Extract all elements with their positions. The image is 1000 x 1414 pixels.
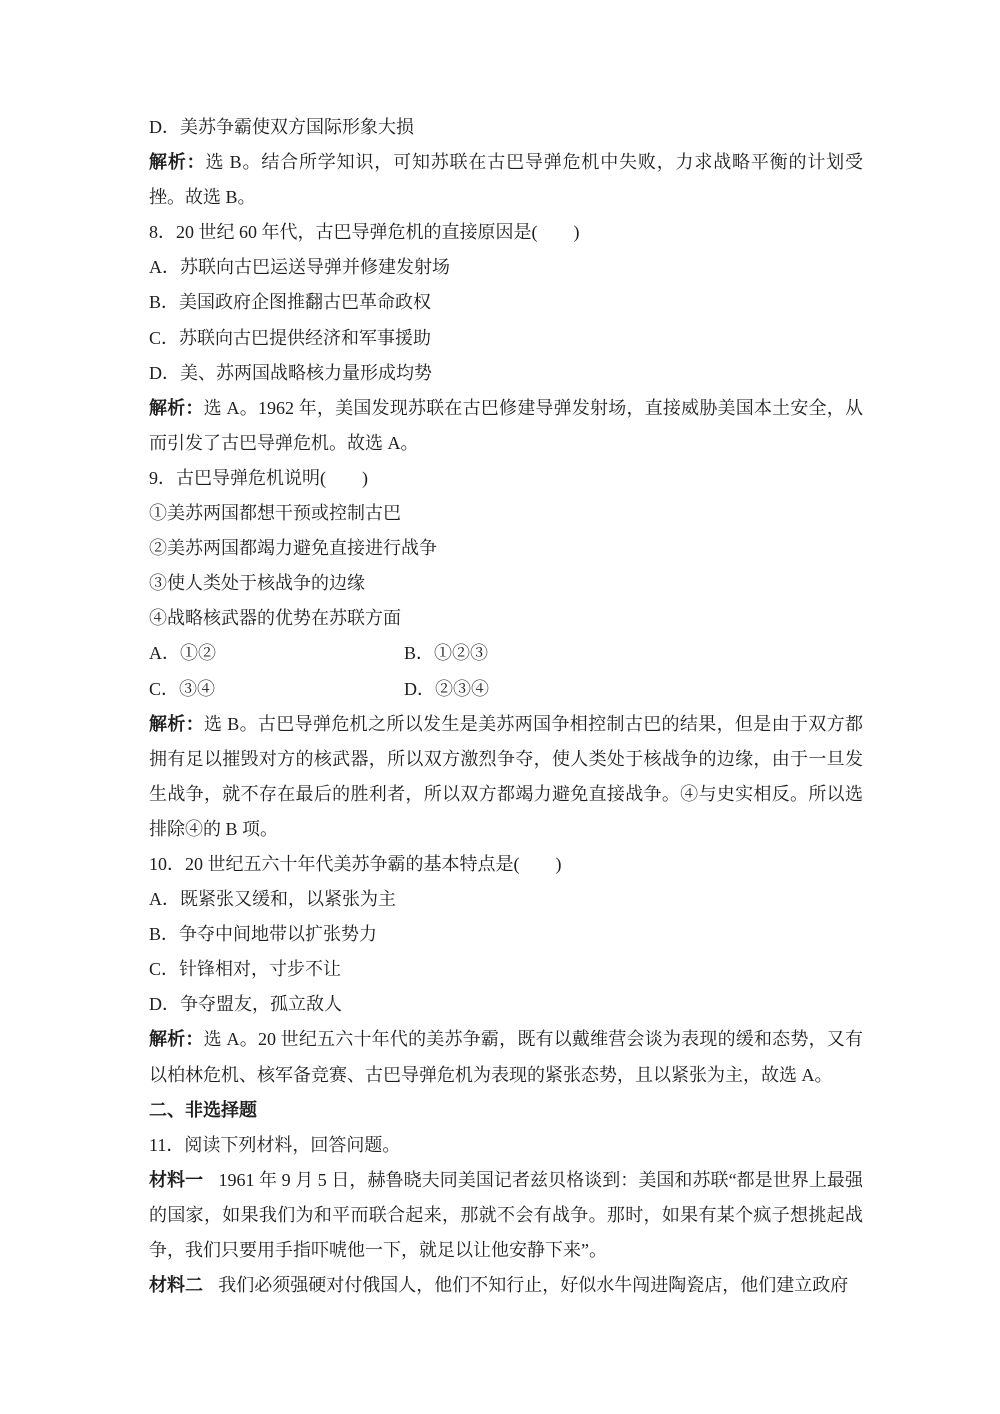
document-page: D．美苏争霸使双方国际形象大损解析：选 B。结合所学知识，可知苏联在古巴导弹危机…	[0, 0, 1000, 1414]
option-line: D．美、苏两国战略核力量形成均势	[149, 356, 863, 391]
question-line: 8．20 世纪 60 年代，古巴导弹危机的直接原因是( )	[149, 215, 863, 250]
question-line: 9．古巴导弹危机说明( )	[149, 461, 863, 496]
numbered-item-line: ②美苏两国都竭力避免直接进行战争	[149, 531, 863, 566]
material-label: 材料二	[149, 1275, 203, 1295]
option-row: A．①②B．①②③	[149, 636, 863, 671]
option-line: A．苏联向古巴运送导弹并修建发射场	[149, 250, 863, 285]
analysis-text: 选 A。20 世纪五六十年代的美苏争霸，既有以戴维营会谈为表现的缓和态势，又有以…	[149, 1029, 863, 1084]
option-line: B．争夺中间地带以扩张势力	[149, 917, 863, 952]
option-left: C．③④	[149, 672, 404, 707]
option-right: D．②③④	[404, 679, 489, 699]
analysis-label: 解析：	[149, 714, 204, 734]
document-body: D．美苏争霸使双方国际形象大损解析：选 B。结合所学知识，可知苏联在古巴导弹危机…	[149, 110, 863, 1303]
material-text: 1961 年 9 月 5 日，赫鲁晓夫同美国记者兹贝格谈到：美国和苏联“都是世界…	[149, 1170, 863, 1260]
option-left: A．①②	[149, 636, 404, 671]
analysis-label: 解析：	[149, 398, 204, 418]
analysis-label: 解析：	[149, 1029, 204, 1049]
section-heading: 二、非选择题	[149, 1093, 863, 1128]
question-line: 10．20 世纪五六十年代美苏争霸的基本特点是( )	[149, 847, 863, 882]
option-right: B．①②③	[404, 643, 488, 663]
option-line: C．苏联向古巴提供经济和军事援助	[149, 321, 863, 356]
question-line: 11．阅读下列材料，回答问题。	[149, 1128, 863, 1163]
analysis-paragraph: 解析：选 B。古巴导弹危机之所以发生是美苏两国争相控制古巴的结果，但是由于双方都…	[149, 707, 863, 847]
analysis-text: 选 A。1962 年，美国发现苏联在古巴修建导弹发射场，直接威胁美国本土安全，从…	[149, 398, 863, 453]
material-paragraph: 材料二我们必须强硬对付俄国人，他们不知行止，好似水牛闯进陶瓷店，他们建立政府	[149, 1268, 863, 1303]
option-line: A．既紧张又缓和，以紧张为主	[149, 882, 863, 917]
material-paragraph: 材料一1961 年 9 月 5 日，赫鲁晓夫同美国记者兹贝格谈到：美国和苏联“都…	[149, 1163, 863, 1268]
option-line: C．针锋相对，寸步不让	[149, 952, 863, 987]
analysis-paragraph: 解析：选 A。1962 年，美国发现苏联在古巴修建导弹发射场，直接威胁美国本土安…	[149, 391, 863, 461]
material-text: 我们必须强硬对付俄国人，他们不知行止，好似水牛闯进陶瓷店，他们建立政府	[218, 1275, 848, 1295]
option-row: C．③④D．②③④	[149, 672, 863, 707]
option-line: D．争夺盟友，孤立敌人	[149, 987, 863, 1022]
numbered-item-line: ④战略核武器的优势在苏联方面	[149, 601, 863, 636]
analysis-label: 解析：	[149, 152, 206, 172]
analysis-text: 选 B。结合所学知识，可知苏联在古巴导弹危机中失败，力求战略平衡的计划受挫。故选…	[149, 152, 863, 207]
numbered-item-line: ①美苏两国都想干预或控制古巴	[149, 496, 863, 531]
option-line: B．美国政府企图推翻古巴革命政权	[149, 285, 863, 320]
numbered-item-line: ③使人类处于核战争的边缘	[149, 566, 863, 601]
option-line: D．美苏争霸使双方国际形象大损	[149, 110, 863, 145]
analysis-paragraph: 解析：选 A。20 世纪五六十年代的美苏争霸，既有以戴维营会谈为表现的缓和态势，…	[149, 1022, 863, 1092]
analysis-paragraph: 解析：选 B。结合所学知识，可知苏联在古巴导弹危机中失败，力求战略平衡的计划受挫…	[149, 145, 863, 215]
material-label: 材料一	[149, 1170, 203, 1190]
analysis-text: 选 B。古巴导弹危机之所以发生是美苏两国争相控制古巴的结果，但是由于双方都拥有足…	[149, 714, 863, 839]
